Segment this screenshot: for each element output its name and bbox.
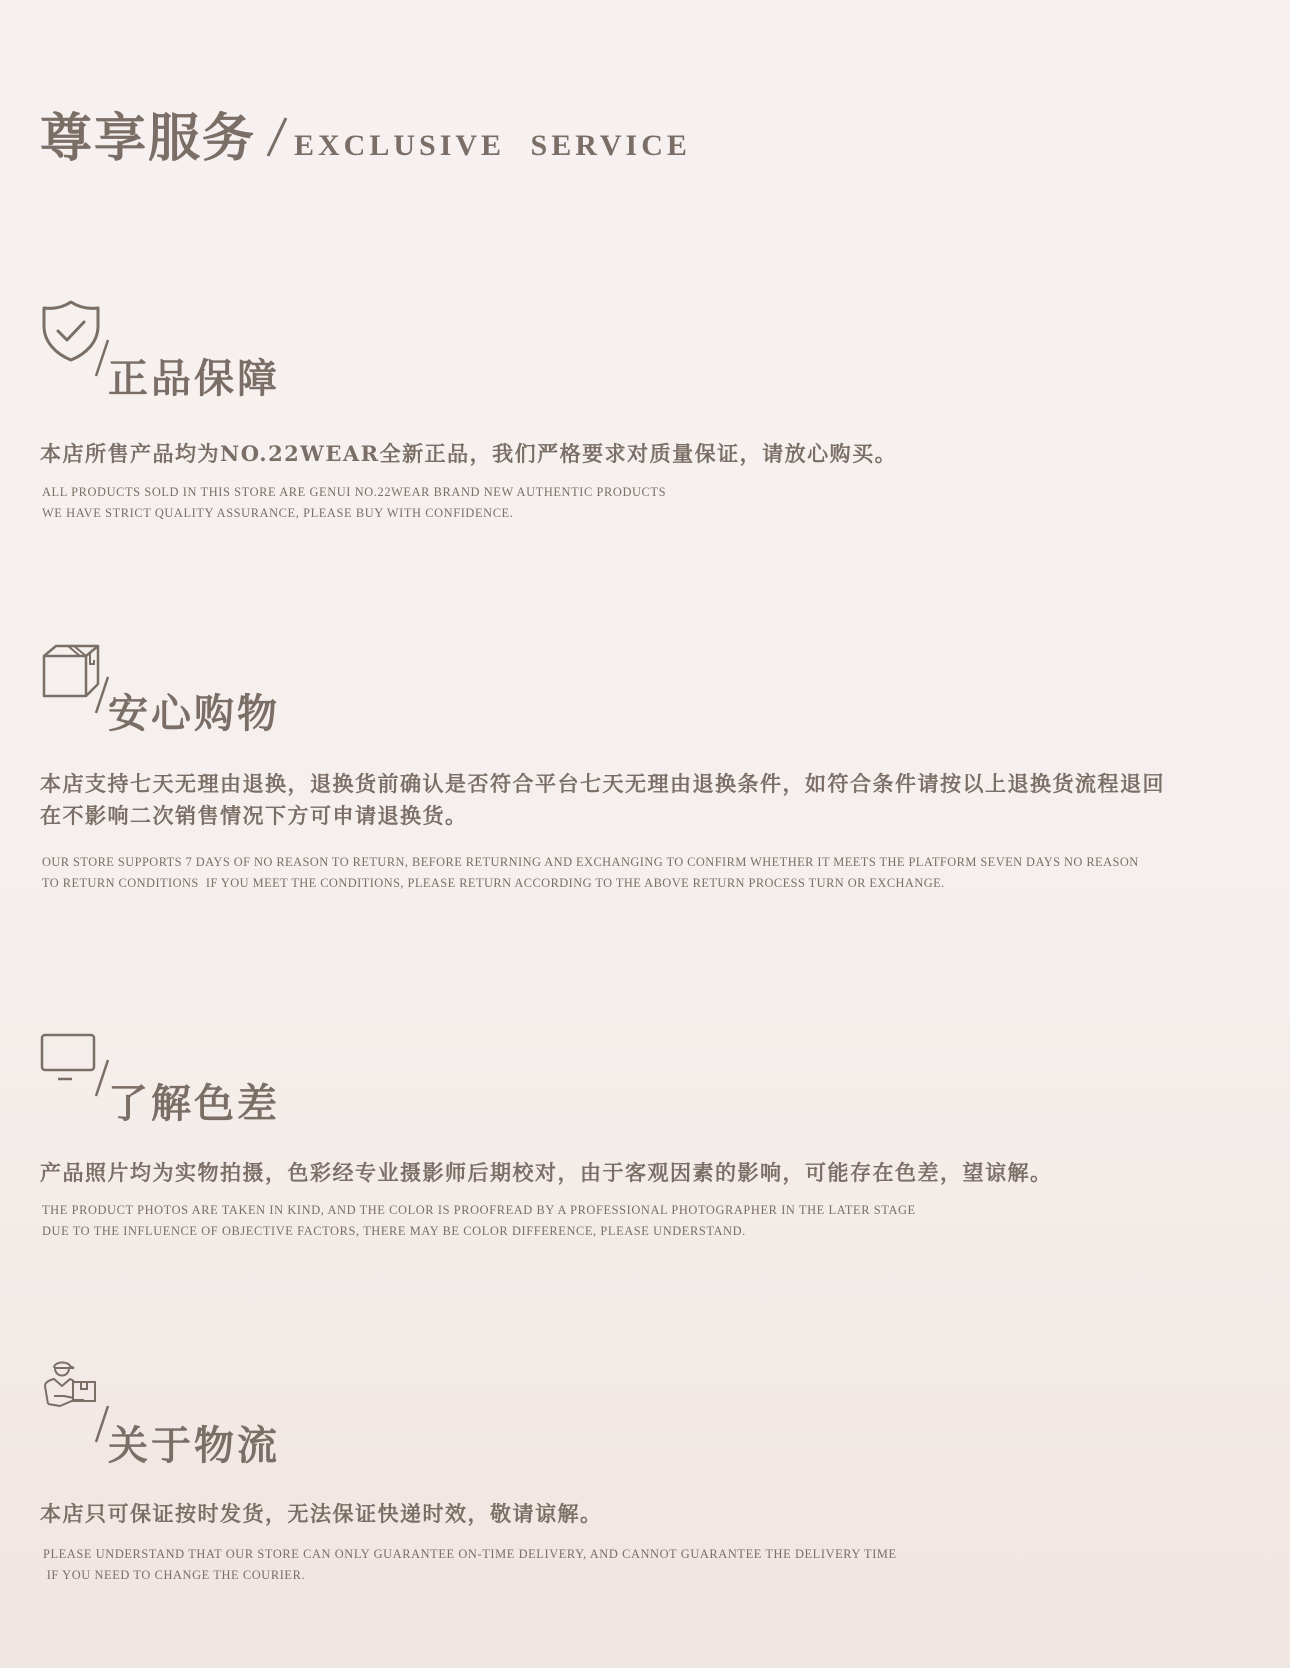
- section-description-en-line2: TO RETURN CONDITIONS IF YOU MEET THE CON…: [42, 873, 945, 894]
- section-title: 安心购物: [108, 688, 280, 740]
- section-title: 关于物流: [108, 1420, 280, 1472]
- section-description-en-line2: WE HAVE STRICT QUALITY ASSURANCE, PLEASE…: [42, 503, 513, 524]
- section-description-en-line1: PLEASE UNDERSTAND THAT OUR STORE CAN ONL…: [43, 1544, 897, 1565]
- title-slash-divider: [262, 114, 292, 160]
- section-description-en-line1: THE PRODUCT PHOTOS ARE TAKEN IN KIND, AN…: [42, 1200, 916, 1221]
- section-description-en-line2: DUE TO THE INFLUENCE OF OBJECTIVE FACTOR…: [42, 1221, 746, 1242]
- section-description-cn: 本店所售产品均为NO.22WEAR全新正品，我们严格要求对质量保证，请放心购买。: [40, 438, 897, 470]
- section-title: 了解色差: [108, 1078, 280, 1130]
- page-title-cn: 尊享服务: [40, 104, 256, 174]
- section-description-en-line1: ALL PRODUCTS SOLD IN THIS STORE ARE GENU…: [42, 482, 666, 503]
- section-description-cn: 产品照片均为实物拍摄，色彩经专业摄影师后期校对，由于客观因素的影响，可能存在色差…: [40, 1157, 1053, 1189]
- section-description-en-line1: OUR STORE SUPPORTS 7 DAYS OF NO REASON T…: [42, 852, 1139, 873]
- section-description-en-line2: IF YOU NEED TO CHANGE THE COURIER.: [43, 1565, 305, 1586]
- section-title: 正品保障: [108, 353, 280, 405]
- section-description-cn-line1: 本店支持七天无理由退换，退换货前确认是否符合平台七天无理由退换条件，如符合条件请…: [40, 768, 1165, 800]
- page-title-en: EXCLUSIVE SERVICE: [294, 126, 691, 166]
- section-description-cn: 本店只可保证按时发货，无法保证快递时效，敬请谅解。: [40, 1498, 603, 1530]
- section-description-cn-line2: 在不影响二次销售情况下方可申请退换货。: [40, 800, 468, 832]
